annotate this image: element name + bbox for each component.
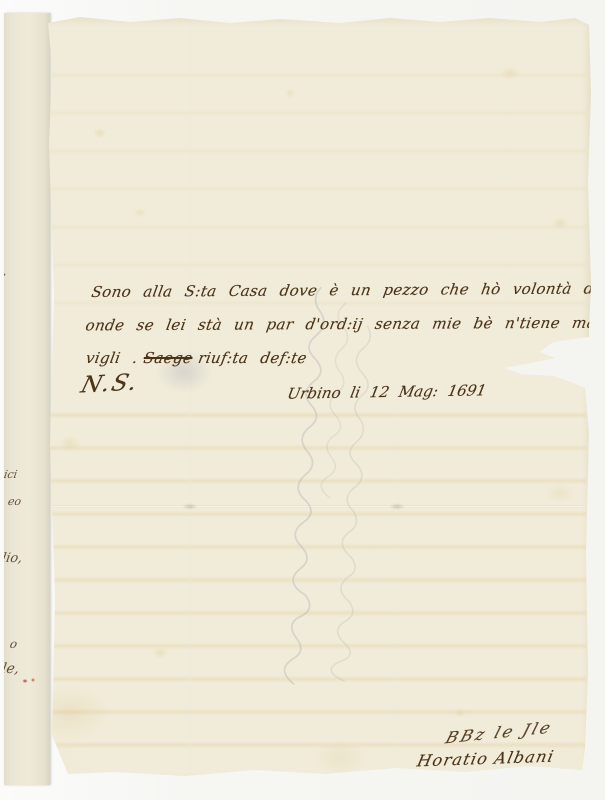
letter-line-3-tail: riuf:ta def:te (197, 349, 309, 367)
struck-word: Saege (142, 349, 194, 367)
letter-line-2: onde se lei stà un par d'ord:ij senza mi… (84, 314, 605, 335)
dateline: Urbino li 12 Mag: 1691 (286, 381, 488, 402)
letter-line-3: vigli .Saegeriuf:ta def:te (84, 349, 308, 367)
fold-crease-vertical (397, 383, 399, 773)
sender-initials: N.S. (78, 370, 142, 399)
scanned-letter: ʃ ) ici eo lio, o le, Sono alla S:ta Cas… (0, 0, 605, 800)
fold-crease-vertical (505, 19, 507, 319)
page-fragment: eo (7, 495, 22, 508)
letter-paper: Sono alla S:ta Casa dove è un pezzo che … (40, 13, 592, 785)
page-fragment: ici (4, 468, 18, 481)
wrinkle-line (357, 514, 386, 621)
page-fragment: lio, (4, 551, 24, 566)
page-fragment: o (9, 637, 19, 651)
letter-line-3-lead: vigli . (84, 349, 139, 367)
page-fragment: le, (4, 661, 21, 677)
fold-crease-vertical (190, 19, 192, 775)
bleedthrough-streaks-lower (46, 413, 586, 758)
signature-name: Horatio Albani (415, 747, 556, 771)
torn-edge (504, 337, 590, 389)
crease-wrinkle (182, 503, 198, 510)
adjacent-page-strip: ʃ ) ici eo lio, o le, (4, 13, 50, 785)
letter-line-1: Sono alla S:ta Casa dove è un pezzo che … (90, 279, 605, 301)
signature-paraph: BBz le Jle (443, 718, 555, 748)
red-ink-mark (21, 677, 37, 684)
crease-wrinkle (389, 503, 405, 510)
fold-crease-horizontal (48, 505, 584, 508)
